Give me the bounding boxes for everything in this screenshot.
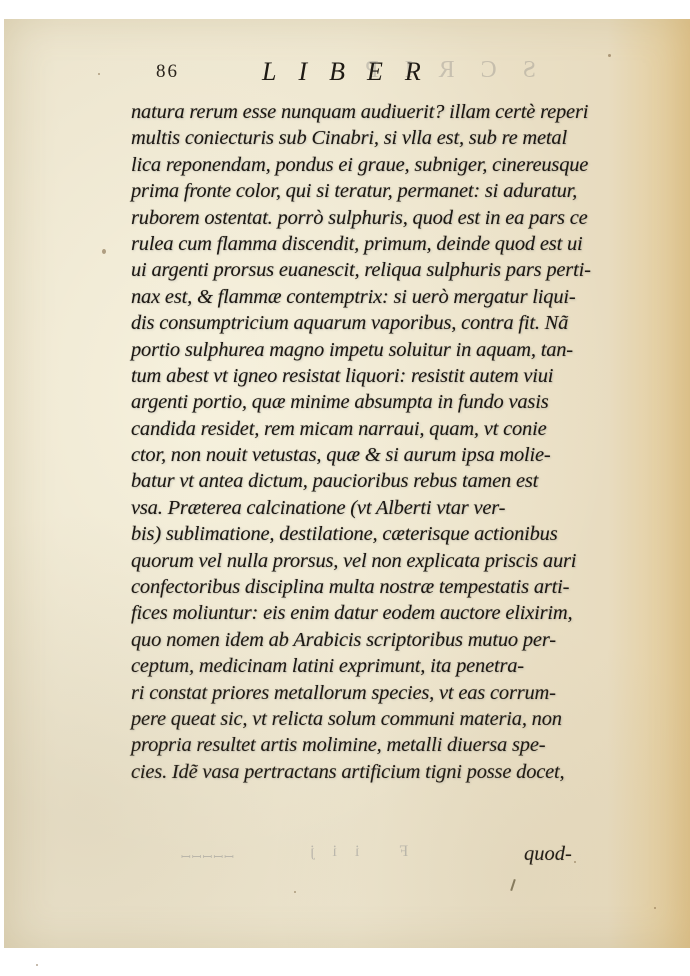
text-line: vsa. Præterea calcinatione (vt Alberti v…: [131, 495, 601, 521]
bleed-through-signature: ꟷꟷꟷꟷꟷ: [180, 848, 234, 865]
text-line: cies. Idẽ vasa pertractans artificium ti…: [131, 759, 601, 785]
text-line: ceptum, medicinam latini exprimunt, ita …: [131, 653, 601, 679]
bleed-through-folio: F iij: [292, 843, 408, 861]
paper-ink-mark: [510, 879, 516, 891]
paper-speck: [98, 73, 100, 75]
text-line: multis coniecturis sub Cinabri, si vlla …: [131, 125, 601, 151]
paper-speck: [574, 861, 576, 863]
page-header: SCRIP 86 LIBER: [4, 57, 690, 87]
paper-speck: [36, 964, 38, 966]
running-head: LIBER: [262, 57, 443, 87]
body-text: natura rerum esse nunquam audiuerit? ill…: [131, 99, 601, 785]
text-line: ui argenti prorsus euanescit, reliqua su…: [131, 257, 601, 283]
paper-speck: [654, 907, 656, 909]
text-line: quo nomen idem ab Arabicis scriptoribus …: [131, 627, 601, 653]
paper-speck: [294, 891, 296, 893]
text-line: lica reponendam, pondus ei graue, subnig…: [131, 152, 601, 178]
text-line: ruborem ostentat. porrò sulphuris, quod …: [131, 205, 601, 231]
text-line: confectoribus disciplina multa nostræ te…: [131, 574, 601, 600]
text-line: fices moliuntur: eis enim datur eodem au…: [131, 600, 601, 626]
catchword: quod-: [524, 843, 572, 866]
text-line: natura rerum esse nunquam audiuerit? ill…: [131, 99, 601, 125]
text-line: nax est, & flammæ contemptrix: si uerò m…: [131, 284, 601, 310]
text-line: bis) sublimatione, destilatione, cæteris…: [131, 521, 601, 547]
text-line: prima fronte color, qui si teratur, perm…: [131, 178, 601, 204]
book-page: SCRIP 86 LIBER natura rerum esse nunquam…: [4, 19, 690, 948]
text-line: propria resultet artis molimine, metalli…: [131, 732, 601, 758]
page-number: 86: [156, 61, 179, 83]
text-line: tum abest vt igneo resistat liquori: res…: [131, 363, 601, 389]
text-line: ri constat priores metallorum species, v…: [131, 680, 601, 706]
text-line: ctor, non nouit vetustas, quæ & si aurum…: [131, 442, 601, 468]
paper-speck: [608, 54, 611, 57]
paper-speck: [102, 249, 106, 254]
text-line: quorum vel nulla prorsus, vel non explic…: [131, 548, 601, 574]
text-line: batur vt antea dictum, paucioribus rebus…: [131, 468, 601, 494]
text-line: dis consumptricium aquarum vaporibus, co…: [131, 310, 601, 336]
text-line: rulea cum flamma discendit, primum, dein…: [131, 231, 601, 257]
text-line: argenti portio, quæ minime absumpta in f…: [131, 389, 601, 415]
text-line: pere queat sic, vt relicta solum communi…: [131, 706, 601, 732]
text-line: candida residet, rem micam narraui, quam…: [131, 416, 601, 442]
text-line: portio sulphurea magno impetu soluitur i…: [131, 337, 601, 363]
